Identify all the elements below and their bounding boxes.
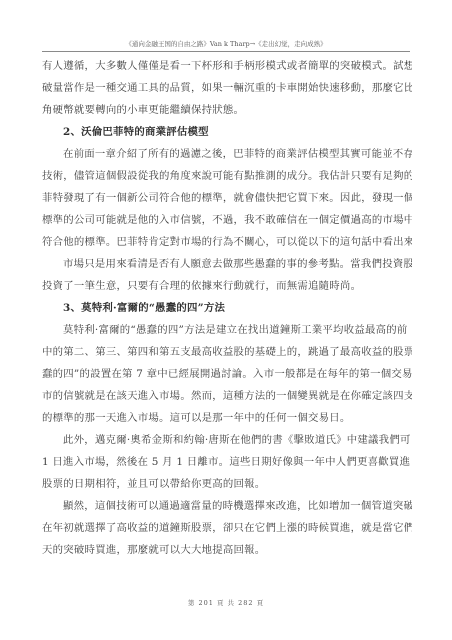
body-line: 符合他的標準。巴菲特肯定對市場的行為不關心，可以從以下的這句話中看出來： (42, 231, 412, 253)
header-divider (42, 51, 410, 52)
body-line: 中的第二、第三、第四和第五支最高收益股的基礎上的，跳過了最高收益的股票。這些“愚 (42, 341, 412, 363)
body-line: 菲特發現了有一個新公司符合他的標準，就會儘快把它買下來。因此，發現一個符合他所有 (42, 187, 412, 209)
document-body: 有人遵循，大多數人僅僅是看一下杯形和手柄形模式或者簡單的突破模式。試想，把這個突… (42, 55, 412, 561)
body-line: 顯然，這個技術可以通過適當量的時機選擇來改進，比如增加一個管道突破等。如果你 (42, 495, 412, 517)
body-line: 天的突破時買進，那麼就可以大大地提高回報。 (42, 539, 412, 561)
body-line: 標準的公司可能就是他的入市信號，不過，我不敢確信在一個定價過高的市場中是否有公司 (42, 209, 412, 231)
body-line: 蠢的四”的設置在第 7 章中已經展開過討論。入市一般都是在每年的第一個交易日執行… (42, 363, 412, 385)
body-line: 1 日進入市場，然後在 5 月 1 日離市。這些日期好像與一年中人們更喜歡買進（… (42, 451, 412, 473)
body-line: 莫特利·富爾的“愚蠢的四”方法是建立在找出道鐘斯工業平均收益最高的前 10 支股… (42, 319, 412, 341)
body-line: 角硬幣就要轉向的小車更能繼續保持狀態。 (42, 99, 412, 121)
section-heading: 3、莫特利·富爾的“愚蠢的四”方法 (42, 297, 412, 319)
body-line: 在年初就選擇了高收益的道鐘斯股票，卻只在它們上漲的時候買進，就是當它們到達一個 … (42, 517, 412, 539)
quote-line: 投資了一筆生意，只要有合理的依據來行動就行，而無需追隨時尚。 (42, 275, 412, 297)
page-number-footer: 第 201 頁 共 282 頁 (0, 598, 452, 607)
body-line: 有人遵循，大多數人僅僅是看一下杯形和手柄形模式或者簡單的突破模式。試想，把這個突 (42, 55, 412, 77)
section-heading: 2、沃倫巴菲特的商業評估模型 (42, 121, 412, 143)
body-line: 破量當作是一種交通工具的品質，如果一輛沉重的卡車開始快速移動，那麼它比一輛碰上一 (42, 77, 412, 99)
quote-line: 市場只是用來看清是否有人願意去做那些愚蠢的事的參考點。當我們投資股票時，就是 (42, 253, 412, 275)
body-line: 股票的日期相符，並且可以帶給你更高的回報。 (42, 473, 412, 495)
body-line: 技術，儘管這個假設從我的角度來說可能有點推測的成分。我估計只要有足夠的錢，一旦巴 (42, 165, 412, 187)
body-line: 在前面一章介紹了所有的過濾之後，巴菲特的商業評估模型其實可能並不存在某種入市 (42, 143, 412, 165)
body-line: 的標準的那一天進入市場。這可以是那一年中的任何一個交易日。 (42, 407, 412, 429)
running-header: 《通向金融王国的自由之路》Van k Tharp→《走出幻觉，走向成熟》 (42, 40, 410, 49)
body-line: 市的信號就是在該天進入市場。然而，這種方法的一個變異就是在你確定該四支股票符合你 (42, 385, 412, 407)
body-line: 此外，邁克爾·奧希金斯和約翰·唐斯在他們的書《擊敗道氏》中建議我們可以在 11 … (42, 429, 412, 451)
